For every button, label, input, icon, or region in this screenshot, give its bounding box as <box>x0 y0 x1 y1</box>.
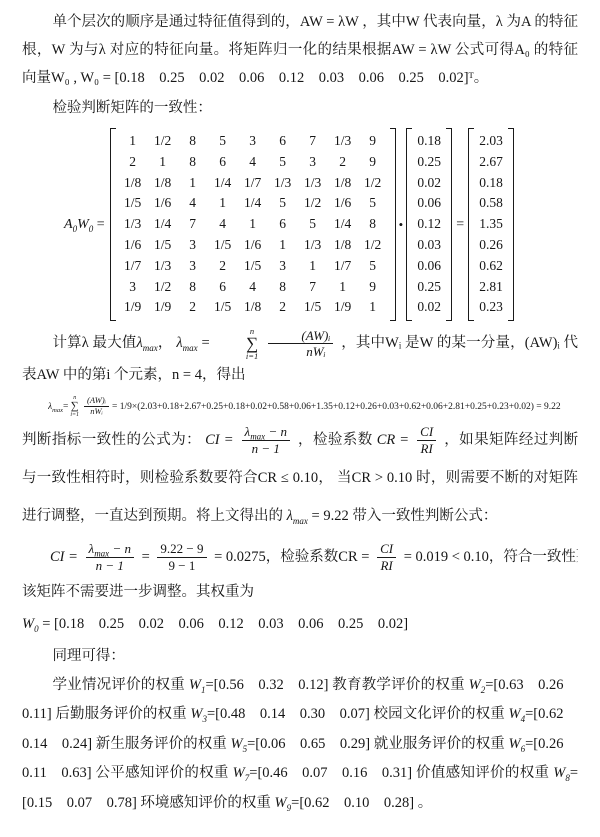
weight-label: 环境感知评价的权重 <box>140 795 274 811</box>
matrix-grid: 11/2853671/392186453291/81/811/41/71/31/… <box>118 131 388 318</box>
denominator: n − 1 <box>86 558 134 574</box>
numerator: λmax − n <box>242 424 290 441</box>
closing-period: 。 <box>418 795 433 811</box>
conclusion-line: 该矩阵不需要进一步调整。其权重为 <box>22 578 578 606</box>
text: = 0.019 < 0.10，符合一致性要求， <box>404 549 578 565</box>
lambda-max-computation: λmax = n∑i=1 (AW)ᵢnWᵢ = 1/9×(2.03+0.18+2… <box>48 395 578 417</box>
denominator: RI <box>417 441 436 457</box>
weight-item: 公平感知评价的权重 W7=[0.46 0.07 0.16 0.31] <box>95 765 416 781</box>
equals: = <box>112 402 117 412</box>
numerator: λmax − n <box>86 541 134 558</box>
weight-label: 就业服务评价的权重 <box>374 736 509 752</box>
w-var: W <box>190 706 202 722</box>
weight-label: 后勤服务评价的权重 <box>55 706 190 722</box>
aw-over-nw-fraction: (AW)ᵢnWᵢ <box>268 328 333 360</box>
ci-equals: CI = <box>50 549 78 565</box>
weight-vector-values: =[0.48 0.14 0.30 0.07] <box>207 706 374 722</box>
judgment-matrix: 11/2853671/392186453291/81/811/41/71/31/… <box>110 128 396 321</box>
weight-vector-values: =[0.56 0.32 0.12] <box>205 677 332 693</box>
ci-fraction: λmax − nn − 1 <box>242 424 290 456</box>
cr-equals: CR = <box>377 432 409 448</box>
max-subscript: max <box>143 343 158 353</box>
matrix-equation: A0W0 = 11/2853671/392186453291/81/811/41… <box>64 128 578 321</box>
w-var: W <box>189 677 201 693</box>
weight-vector-values: =[0.06 0.65 0.29] <box>247 736 374 752</box>
weight-vector-box: 0.180.250.020.060.120.030.060.250.02 <box>406 128 452 321</box>
text: 计算λ 最大值 <box>52 335 136 351</box>
weight-items: 学业情况评价的权重 W1=[0.56 0.32 0.12] 教育教学评价的权重 … <box>22 677 578 811</box>
equals-sign: = <box>456 217 464 233</box>
sigma: ∑ <box>216 336 259 352</box>
weight-item: 学业情况评价的权重 W1=[0.56 0.32 0.12] <box>52 677 332 693</box>
label-var-a: A <box>64 217 73 232</box>
denominator: 9 − 1 <box>157 558 206 574</box>
w-var: W <box>22 616 34 632</box>
weight-item: 后勤服务评价的权重 W3=[0.48 0.14 0.30 0.07] <box>55 706 373 722</box>
weights-paragraph: 学业情况评价的权重 W1=[0.56 0.32 0.12] 教育教学评价的权重 … <box>22 671 578 819</box>
max-subscript: max <box>183 343 198 353</box>
lambda-max-symbol: λmax <box>287 508 308 524</box>
weight-item: 环境感知评价的权重 W9=[0.62 0.10 0.28] <box>140 795 417 811</box>
weight-label: 学业情况评价的权重 <box>52 677 188 693</box>
numerator-rest: − n <box>265 424 287 439</box>
w-var: W <box>509 706 521 722</box>
computation-expression: 1/9×(2.03+0.18+2.67+0.25+0.18+0.02+0.58+… <box>120 402 561 412</box>
weight-vector-values: =[0.46 0.07 0.16 0.31] <box>249 765 416 781</box>
lambda-max-paragraph: 计算λ 最大值λmax， λmax = n∑i=1 (AW)ᵢnWᵢ ，其中Wᵢ… <box>22 327 578 391</box>
weight-label: 新生服务评价的权重 <box>96 736 231 752</box>
summation-symbol: n∑i=1 <box>70 395 79 417</box>
w-var: W <box>509 736 521 752</box>
similarly-line: 同理可得： <box>22 642 578 670</box>
numerator: (AW)ᵢ <box>268 328 333 345</box>
intro-paragraph: 单个层次的顺序是通过特征值得到的，AW = λW ，其中W 代表向量，λ 为A … <box>22 8 578 92</box>
w-var: W <box>553 765 565 781</box>
result-vector-box: 2.032.670.180.581.350.260.622.810.23 <box>468 128 514 321</box>
numerator: CI <box>377 541 396 558</box>
equals: = <box>63 402 68 412</box>
dot-operator: • <box>399 217 404 233</box>
w-var: W <box>469 677 481 693</box>
sigma: ∑ <box>71 401 79 411</box>
weight-label: 校园文化评价的权重 <box>374 706 509 722</box>
weight-label: 价值感知评价的权重 <box>416 765 553 781</box>
label-var-w: W <box>77 217 89 232</box>
max-subscript: max <box>293 516 308 526</box>
consistency-check-heading: 检验判断矩阵的一致性： <box>22 95 578 122</box>
weight-item: 新生服务评价的权重 W5=[0.06 0.65 0.29] <box>96 736 374 752</box>
w0-vector: = [0.18 0.25 0.02 0.06 0.12 0.03 0.06 0.… <box>42 616 408 632</box>
ci-equals: CI = <box>205 432 233 448</box>
w0-weight-line: W0 = [0.18 0.25 0.02 0.06 0.12 0.03 0.06… <box>22 610 578 638</box>
weight-label: 教育教学评价的权重 <box>332 677 468 693</box>
numerator: CI <box>417 424 436 441</box>
equals: = <box>201 335 209 351</box>
cr-fraction: CIRI <box>417 424 436 456</box>
sum-lower-limit: i=1 <box>215 352 258 361</box>
lambda-max-symbol: λmax <box>176 335 197 351</box>
equation-label: A0W0 = <box>64 217 105 233</box>
ci-fraction: λmax − nn − 1 <box>86 541 134 573</box>
weight-vector-values: =[0.62 0.10 0.28] <box>291 795 418 811</box>
numerator: 9.22 − 9 <box>157 541 206 558</box>
lambda-max-symbol: λmax <box>137 335 158 351</box>
w-var: W <box>231 736 243 752</box>
max-subscript: max <box>52 406 63 413</box>
text: 判断指标一致性的公式为： <box>22 432 201 448</box>
result-vector: 2.032.670.180.581.350.260.622.810.23 <box>476 131 506 318</box>
label-equals: = <box>97 217 105 232</box>
lambda-max-symbol: λmax <box>48 402 63 412</box>
w-var: W <box>233 765 245 781</box>
equals: = <box>142 549 150 565</box>
sum-lower-limit: i=1 <box>70 412 79 418</box>
denominator: RI <box>377 558 396 574</box>
label-sub-w: 0 <box>89 223 94 233</box>
text: ，检验系数 <box>298 432 373 448</box>
weight-vector: 0.180.250.020.060.120.030.060.250.02 <box>414 131 444 318</box>
text: = 0.0275，检验系数CR = <box>214 549 369 565</box>
ci-computation-line: CI = λmax − nn − 1 = 9.22 − 99 − 1 = 0.0… <box>50 540 578 574</box>
summation-symbol: n∑i=1 <box>215 327 258 360</box>
cr-fraction: CIRI <box>377 541 396 573</box>
denominator: n − 1 <box>242 441 290 457</box>
weight-label: 公平感知评价的权重 <box>95 765 232 781</box>
w-var: W <box>275 795 287 811</box>
numeric-fraction: 9.22 − 99 − 1 <box>157 541 206 573</box>
denominator: nWᵢ <box>84 407 109 417</box>
text: ， <box>158 335 173 351</box>
text: = 9.22 带入一致性判断公式： <box>312 508 498 524</box>
w-sub: 0 <box>34 624 39 634</box>
aw-over-nw-fraction: (AW)ᵢnWᵢ <box>84 396 109 417</box>
denominator: nWᵢ <box>268 344 333 360</box>
numerator-rest: − n <box>109 541 131 556</box>
ci-cr-explanation-paragraph: 判断指标一致性的公式为： CI = λmax − nn − 1 ，检验系数 CR… <box>22 421 578 535</box>
